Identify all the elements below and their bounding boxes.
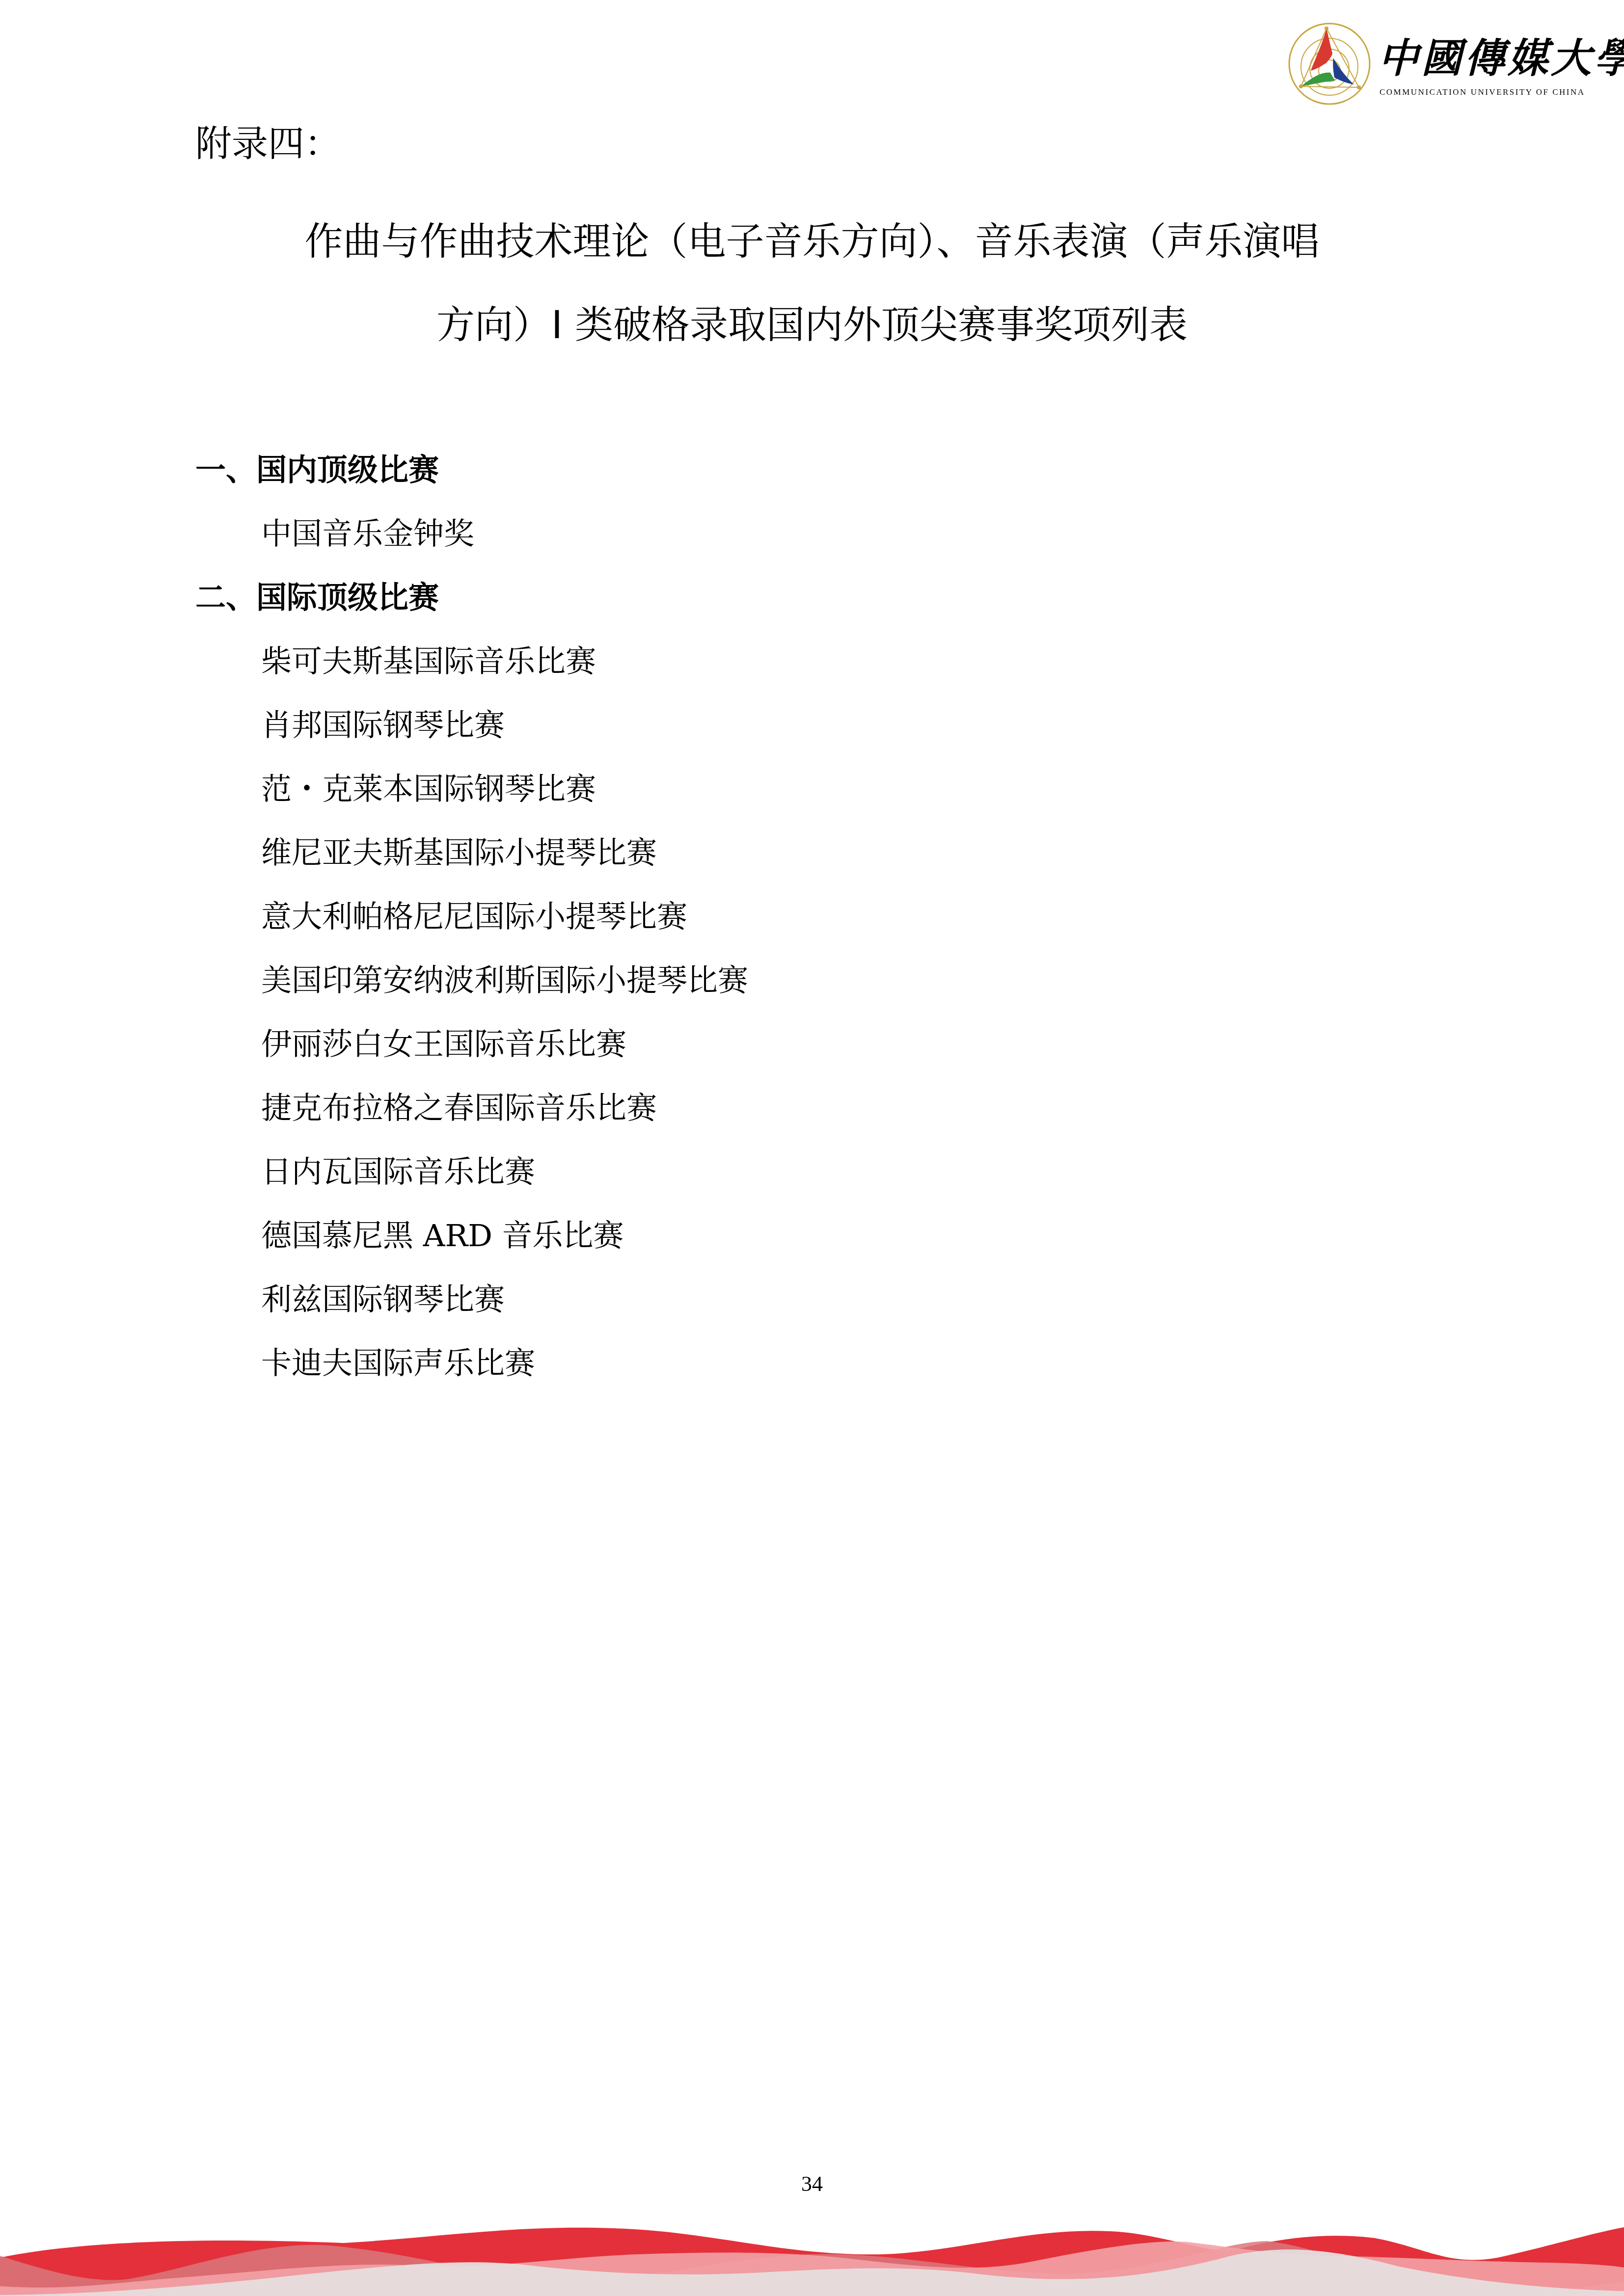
section-heading-international: 二、国际顶级比赛 xyxy=(195,578,439,617)
university-wordmark-chinese: 中國傳媒大學 xyxy=(1378,36,1624,80)
list-item: 卡迪夫国际声乐比赛 xyxy=(261,1344,535,1383)
list-item: 伊丽莎白女王国际音乐比赛 xyxy=(261,1025,626,1064)
list-item: 捷克布拉格之春国际音乐比赛 xyxy=(261,1089,657,1128)
page-number: 34 xyxy=(0,2170,1624,2198)
list-item: 肖邦国际钢琴比赛 xyxy=(261,706,505,745)
decorative-wave-footer xyxy=(0,2227,1624,2296)
list-item: 柴可夫斯基国际音乐比赛 xyxy=(261,642,596,681)
list-item: 美国印第安纳波利斯国际小提琴比赛 xyxy=(261,961,748,1000)
university-emblem-icon xyxy=(1287,22,1372,106)
appendix-label: 附录四： xyxy=(195,122,341,166)
document-title-line-1: 作曲与作曲技术理论（电子音乐方向）、音乐表演（声乐演唱 xyxy=(0,200,1624,284)
list-item: 德国慕尼黑 ARD 音乐比赛 xyxy=(261,1216,624,1255)
list-item: 范・克莱本国际钢琴比赛 xyxy=(261,770,596,809)
university-wordmark-english: COMMUNICATION UNIVERSITY OF CHINA xyxy=(1380,87,1585,97)
list-item: 意大利帕格尼尼国际小提琴比赛 xyxy=(261,897,687,936)
section-heading-domestic: 一、国内顶级比赛 xyxy=(195,451,439,490)
list-item: 中国音乐金钟奖 xyxy=(261,514,474,554)
document-title-line-2: 方向）I 类破格录取国内外顶尖赛事奖项列表 xyxy=(0,284,1624,367)
document-title: 作曲与作曲技术理论（电子音乐方向）、音乐表演（声乐演唱 方向）I 类破格录取国内… xyxy=(0,200,1624,367)
university-logo: 中國傳媒大學 COMMUNICATION UNIVERSITY OF CHINA xyxy=(1287,22,1592,107)
list-item: 日内瓦国际音乐比赛 xyxy=(261,1152,535,1192)
list-item: 利兹国际钢琴比赛 xyxy=(261,1280,505,1319)
list-item: 维尼亚夫斯基国际小提琴比赛 xyxy=(261,833,657,873)
